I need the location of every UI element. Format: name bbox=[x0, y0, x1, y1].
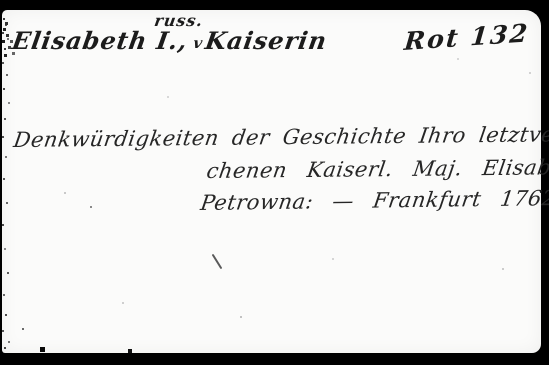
scan-noise-top-left-corner bbox=[2, 10, 5, 13]
heading-insertion-above-line: russ. bbox=[153, 11, 205, 30]
title-line-3: Petrowna: — Frankfurt 1762. bbox=[199, 186, 549, 215]
caret-insertion-mark: v bbox=[192, 34, 205, 52]
heading-line: Elisabeth I.,vKaiserin bbox=[10, 26, 329, 55]
heading-name: Elisabeth I., bbox=[10, 26, 190, 55]
title-line-1: Denkwürdigkeiten der Geschichte Ihro let… bbox=[12, 122, 549, 152]
stray-pen-mark bbox=[212, 254, 223, 269]
shelfmark: Rot 132 bbox=[403, 18, 531, 56]
scan-edge-notch bbox=[40, 347, 45, 352]
heading-title: Kaiserin bbox=[203, 26, 329, 55]
title-line-2: chenen Kaiserl. Maj. Elisabetha bbox=[205, 155, 549, 183]
scan-edge-notch bbox=[128, 349, 132, 353]
catalog-card-scan: Elisabeth I.,vKaiserin russ. Rot 132 Den… bbox=[0, 0, 549, 365]
index-card: Elisabeth I.,vKaiserin russ. Rot 132 Den… bbox=[2, 10, 541, 353]
